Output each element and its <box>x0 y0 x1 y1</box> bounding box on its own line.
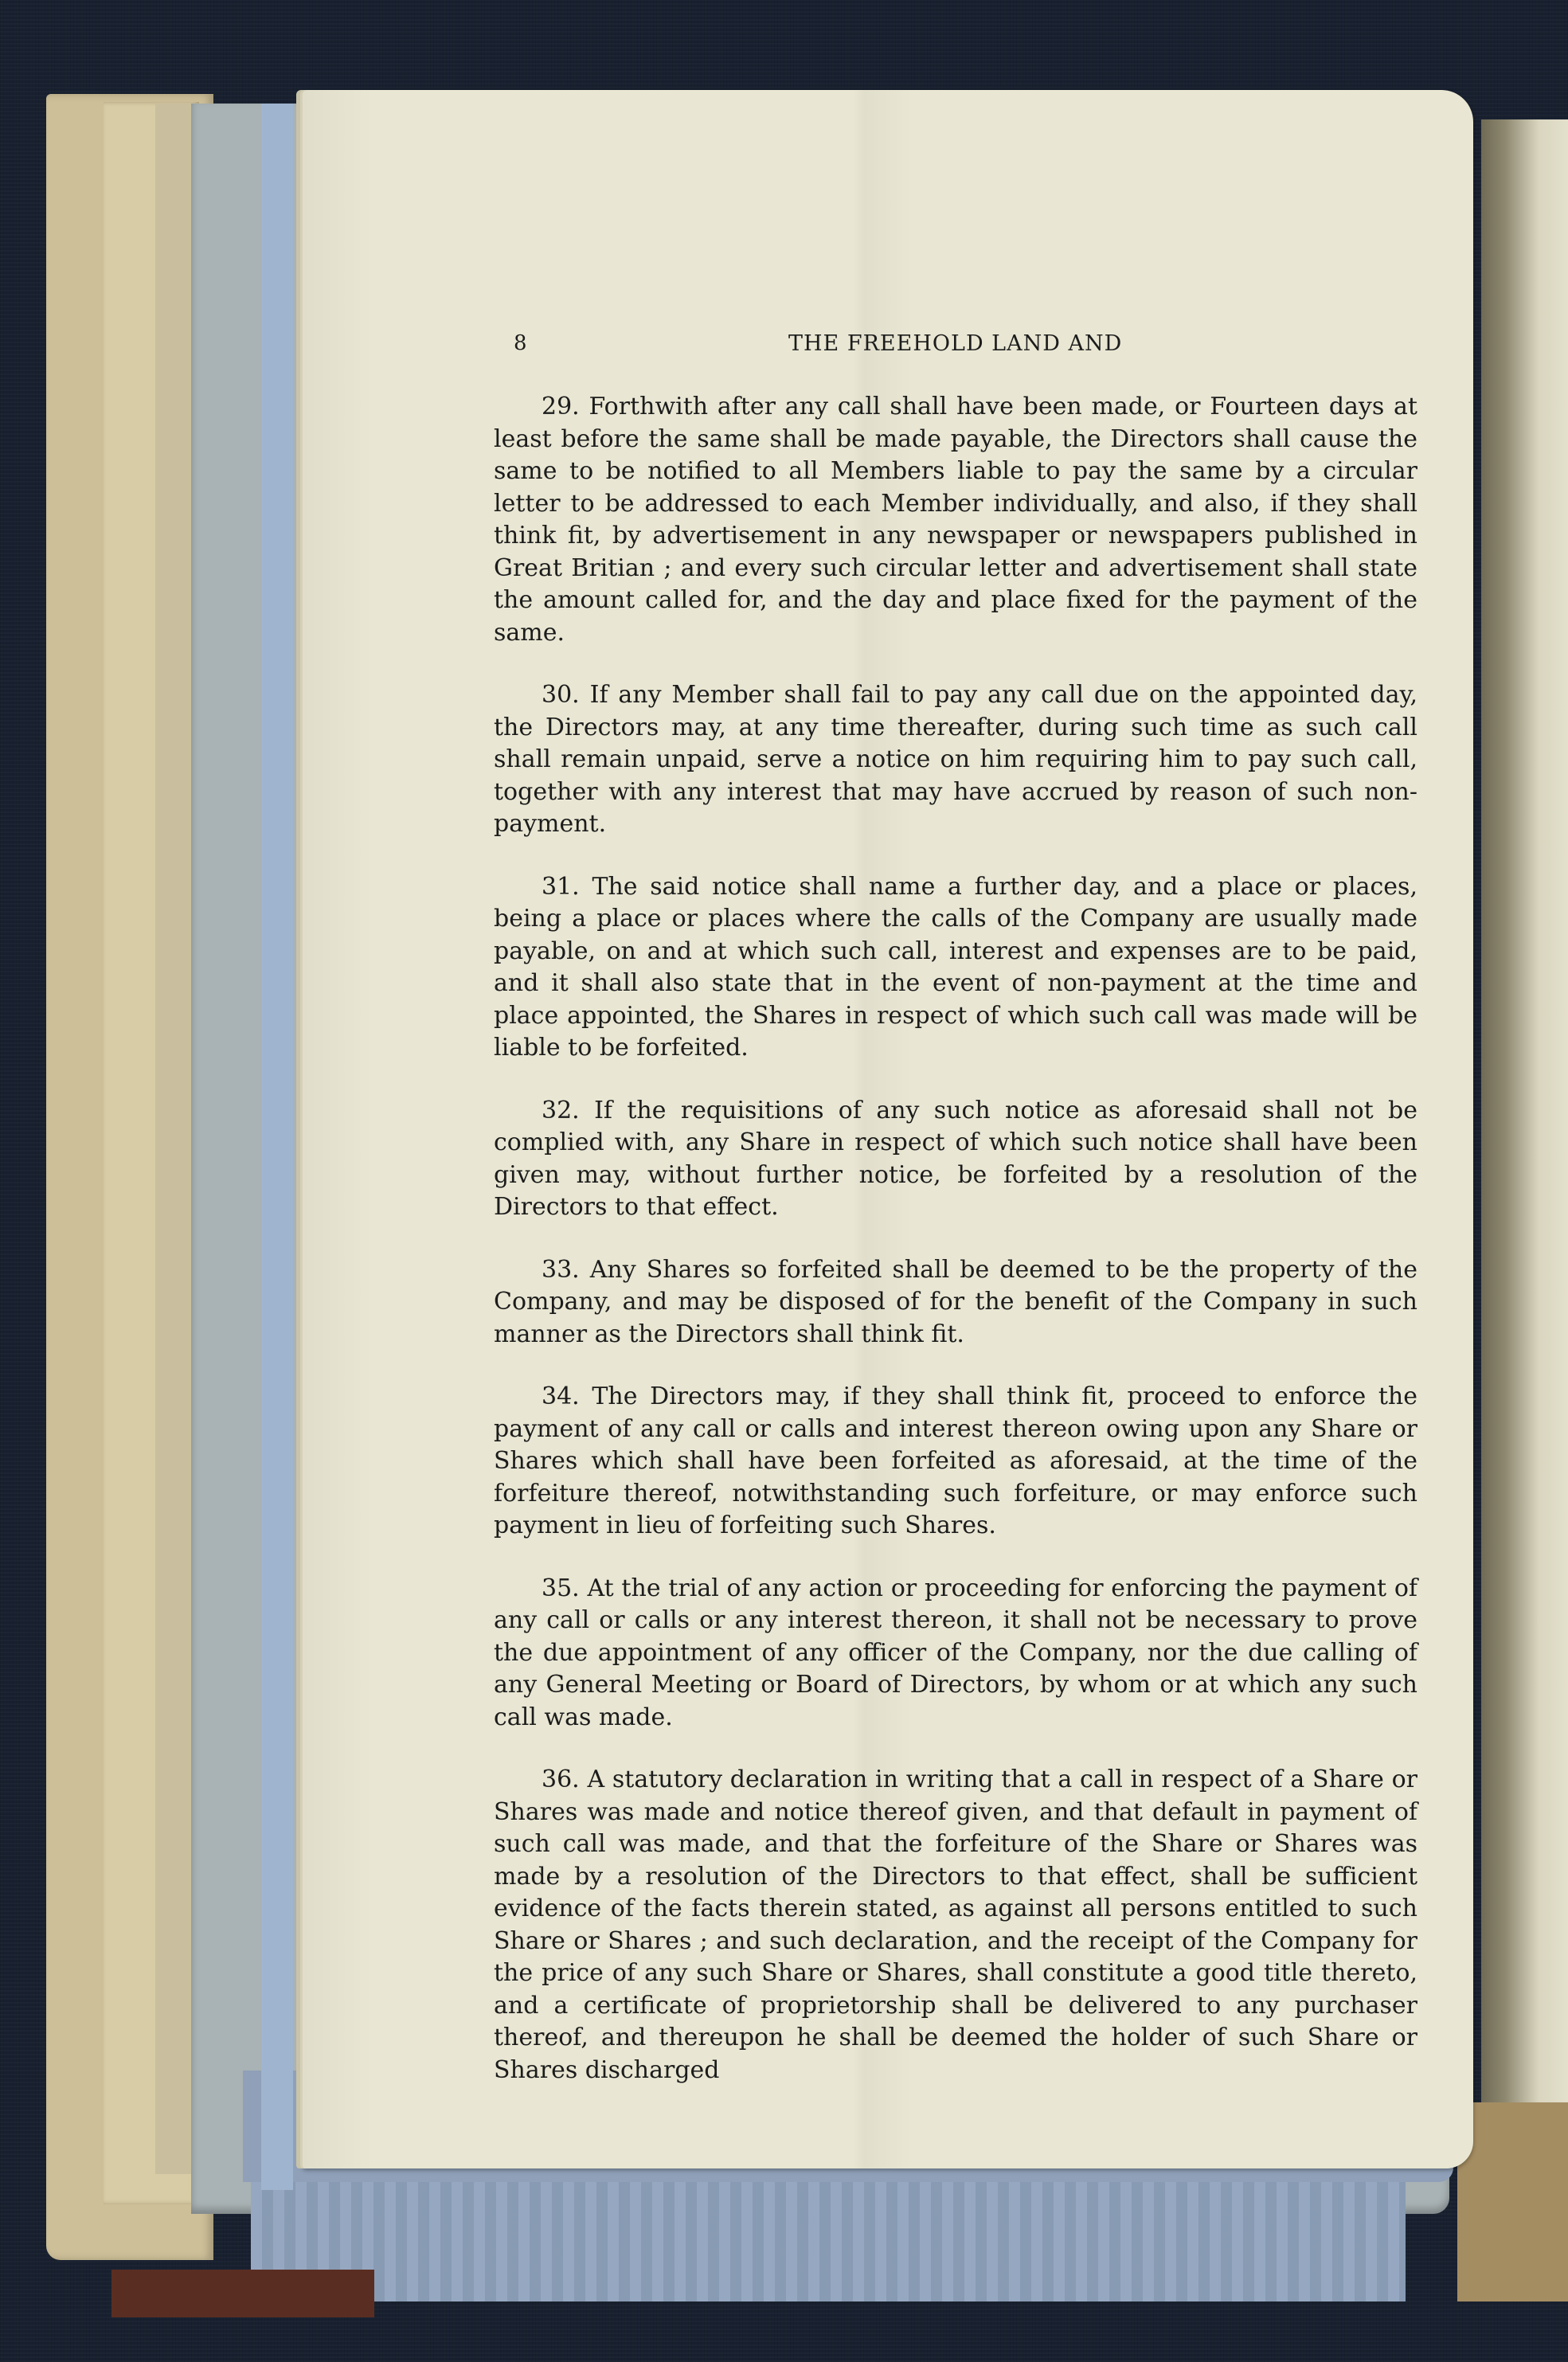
running-title: THE FREEHOLD LAND AND <box>788 331 1122 356</box>
paragraph-31: 31. The said notice shall name a further… <box>494 871 1417 1065</box>
paragraph-number: 30. <box>542 681 580 709</box>
paragraph-35: 35. At the trial of any action or procee… <box>494 1573 1417 1734</box>
paragraph-text: If any Member shall fail to pay any call… <box>494 681 1417 838</box>
facing-page-edge <box>1481 119 1568 2126</box>
paragraph-text: If the requisitions of any such notice a… <box>494 1097 1417 1222</box>
paragraph-text: The said notice shall name a further day… <box>494 873 1417 1062</box>
blue-insert-bottom <box>251 2182 1406 2301</box>
paragraph-36: 36. A statutory declaration in writing t… <box>494 1764 1417 2086</box>
paragraph-33: 33. Any Shares so forfeited shall be dee… <box>494 1254 1417 1351</box>
book-page: 8 THE FREEHOLD LAND AND 29. Forthwith af… <box>303 90 1473 2168</box>
paragraph-text: Any Shares so forfeited shall be deemed … <box>494 1256 1417 1348</box>
body-text: 29. Forthwith after any call shall have … <box>494 391 1417 2117</box>
paragraph-number: 34. <box>542 1382 580 1410</box>
paragraph-number: 29. <box>542 393 580 420</box>
page-number: 8 <box>514 331 527 355</box>
paragraph-text: At the trial of any action or proceeding… <box>494 1574 1417 1731</box>
paragraph-number: 35. <box>542 1574 580 1602</box>
paragraph-number: 36. <box>542 1766 580 1793</box>
marbled-endpaper <box>111 2270 374 2317</box>
paragraph-number: 32. <box>542 1097 580 1124</box>
paragraph-number: 33. <box>542 1256 580 1284</box>
paragraph-text: The Directors may, if they shall think f… <box>494 1382 1417 1539</box>
page-header: 8 THE FREEHOLD LAND AND <box>303 331 1473 363</box>
paragraph-text: A statutory declaration in writing that … <box>494 1766 1417 2084</box>
paragraph-32: 32. If the requisitions of any such noti… <box>494 1095 1417 1224</box>
paragraph-34: 34. The Directors may, if they shall thi… <box>494 1381 1417 1543</box>
facing-page-torn-corner <box>1457 2102 1568 2301</box>
paragraph-number: 31. <box>542 873 580 901</box>
paragraph-30: 30. If any Member shall fail to pay any … <box>494 679 1417 841</box>
blue-insert-strip <box>261 104 293 2190</box>
paragraph-text: Forthwith after any call shall have been… <box>494 393 1417 647</box>
paragraph-29: 29. Forthwith after any call shall have … <box>494 391 1417 649</box>
